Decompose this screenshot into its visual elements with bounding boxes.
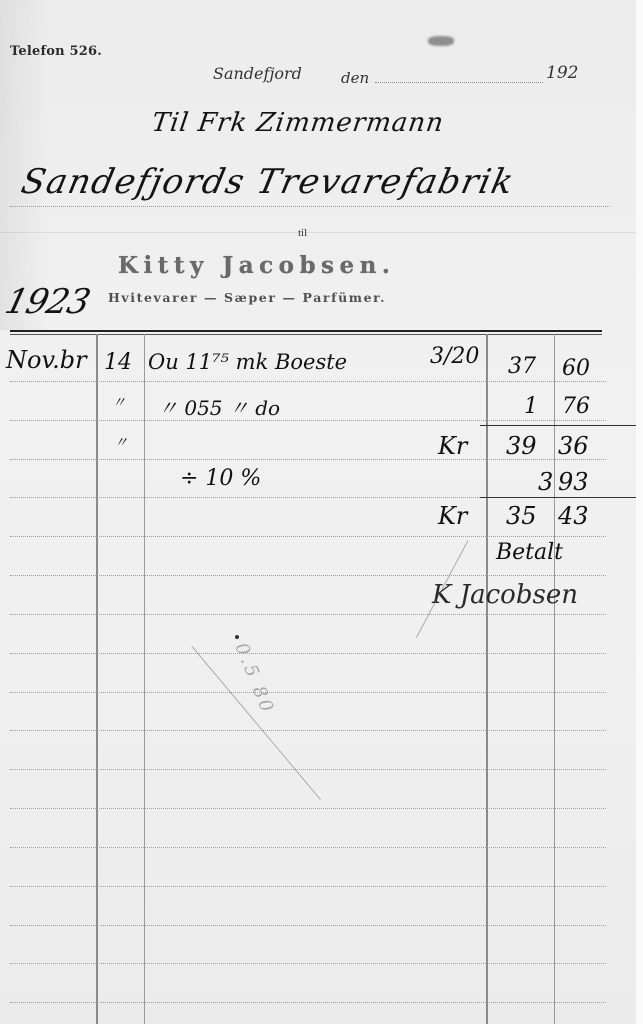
cell-description: ÷ 10 %	[180, 466, 261, 491]
date-dotted-line	[375, 82, 543, 83]
row-line	[10, 381, 606, 382]
cell-ore: 93	[558, 468, 589, 496]
cell-kr: 3	[538, 468, 553, 496]
cell-day: 〃	[114, 432, 128, 452]
header-rule-thin	[10, 334, 602, 335]
subtotal-line	[480, 425, 636, 426]
paper-edge	[636, 0, 643, 1024]
row-line	[10, 925, 606, 926]
total-line	[480, 497, 636, 498]
cell-ore: 43	[558, 502, 589, 530]
place-printed: Sandefjord	[213, 64, 302, 83]
column-divider-kr	[554, 334, 555, 1024]
cell-ore: 60	[562, 356, 590, 381]
row-line	[10, 769, 606, 770]
column-divider-day	[144, 334, 145, 1024]
cell-kr: 39	[506, 432, 537, 460]
paid-note: Betalt	[496, 540, 563, 565]
trade-line: Hvitevarer — Sæper — Parfümer.	[108, 290, 386, 305]
year-prefix: 192	[546, 63, 578, 83]
addressee-line-1: Til Frk Zimmermann	[150, 108, 446, 138]
telefon-number: Telefon 526.	[10, 44, 102, 59]
year-handwritten: 1923	[1, 282, 94, 322]
signature: K Jacobsen	[432, 580, 578, 610]
header-rule	[10, 330, 602, 332]
cell-day: 14	[104, 350, 132, 375]
row-line	[10, 886, 606, 887]
cell-kr: 35	[506, 502, 537, 530]
ink-dot	[235, 635, 239, 639]
row-line	[10, 692, 606, 693]
row-line	[10, 653, 606, 654]
paper-fold	[0, 232, 636, 233]
column-divider-description	[486, 334, 488, 1024]
cell-month: Nov.br	[6, 346, 87, 374]
cell-description: 〃 055 〃 do	[158, 392, 280, 421]
row-line	[10, 420, 606, 421]
cell-ore: 36	[558, 432, 589, 460]
row-line	[10, 575, 606, 576]
cell-kr: 1	[524, 394, 538, 419]
row-line	[10, 963, 606, 964]
cell-kr: 37	[508, 354, 536, 379]
row-line	[10, 614, 606, 615]
cell-unit-price: 3/20	[430, 344, 479, 369]
cell-kr-label: Kr	[438, 502, 467, 530]
firm-name: Kitty Jacobsen.	[118, 252, 395, 279]
row-line	[10, 1002, 606, 1003]
row-line	[10, 730, 606, 731]
cell-description: Ou 11⁷⁵ mk Boeste	[148, 350, 347, 374]
cell-day: 〃	[112, 392, 126, 412]
row-line	[10, 847, 606, 848]
addressee-line-2: Sandefjords Trevarefabrik	[18, 162, 518, 202]
cell-ore: 76	[562, 394, 590, 419]
row-line	[10, 808, 606, 809]
ink-smudge	[428, 36, 454, 46]
row-line	[10, 536, 606, 537]
column-divider-month	[96, 334, 98, 1024]
den-label: den	[341, 69, 369, 87]
cell-kr-label: Kr	[438, 432, 467, 460]
address-dotted-line	[10, 206, 610, 207]
til-label: til	[298, 227, 307, 239]
